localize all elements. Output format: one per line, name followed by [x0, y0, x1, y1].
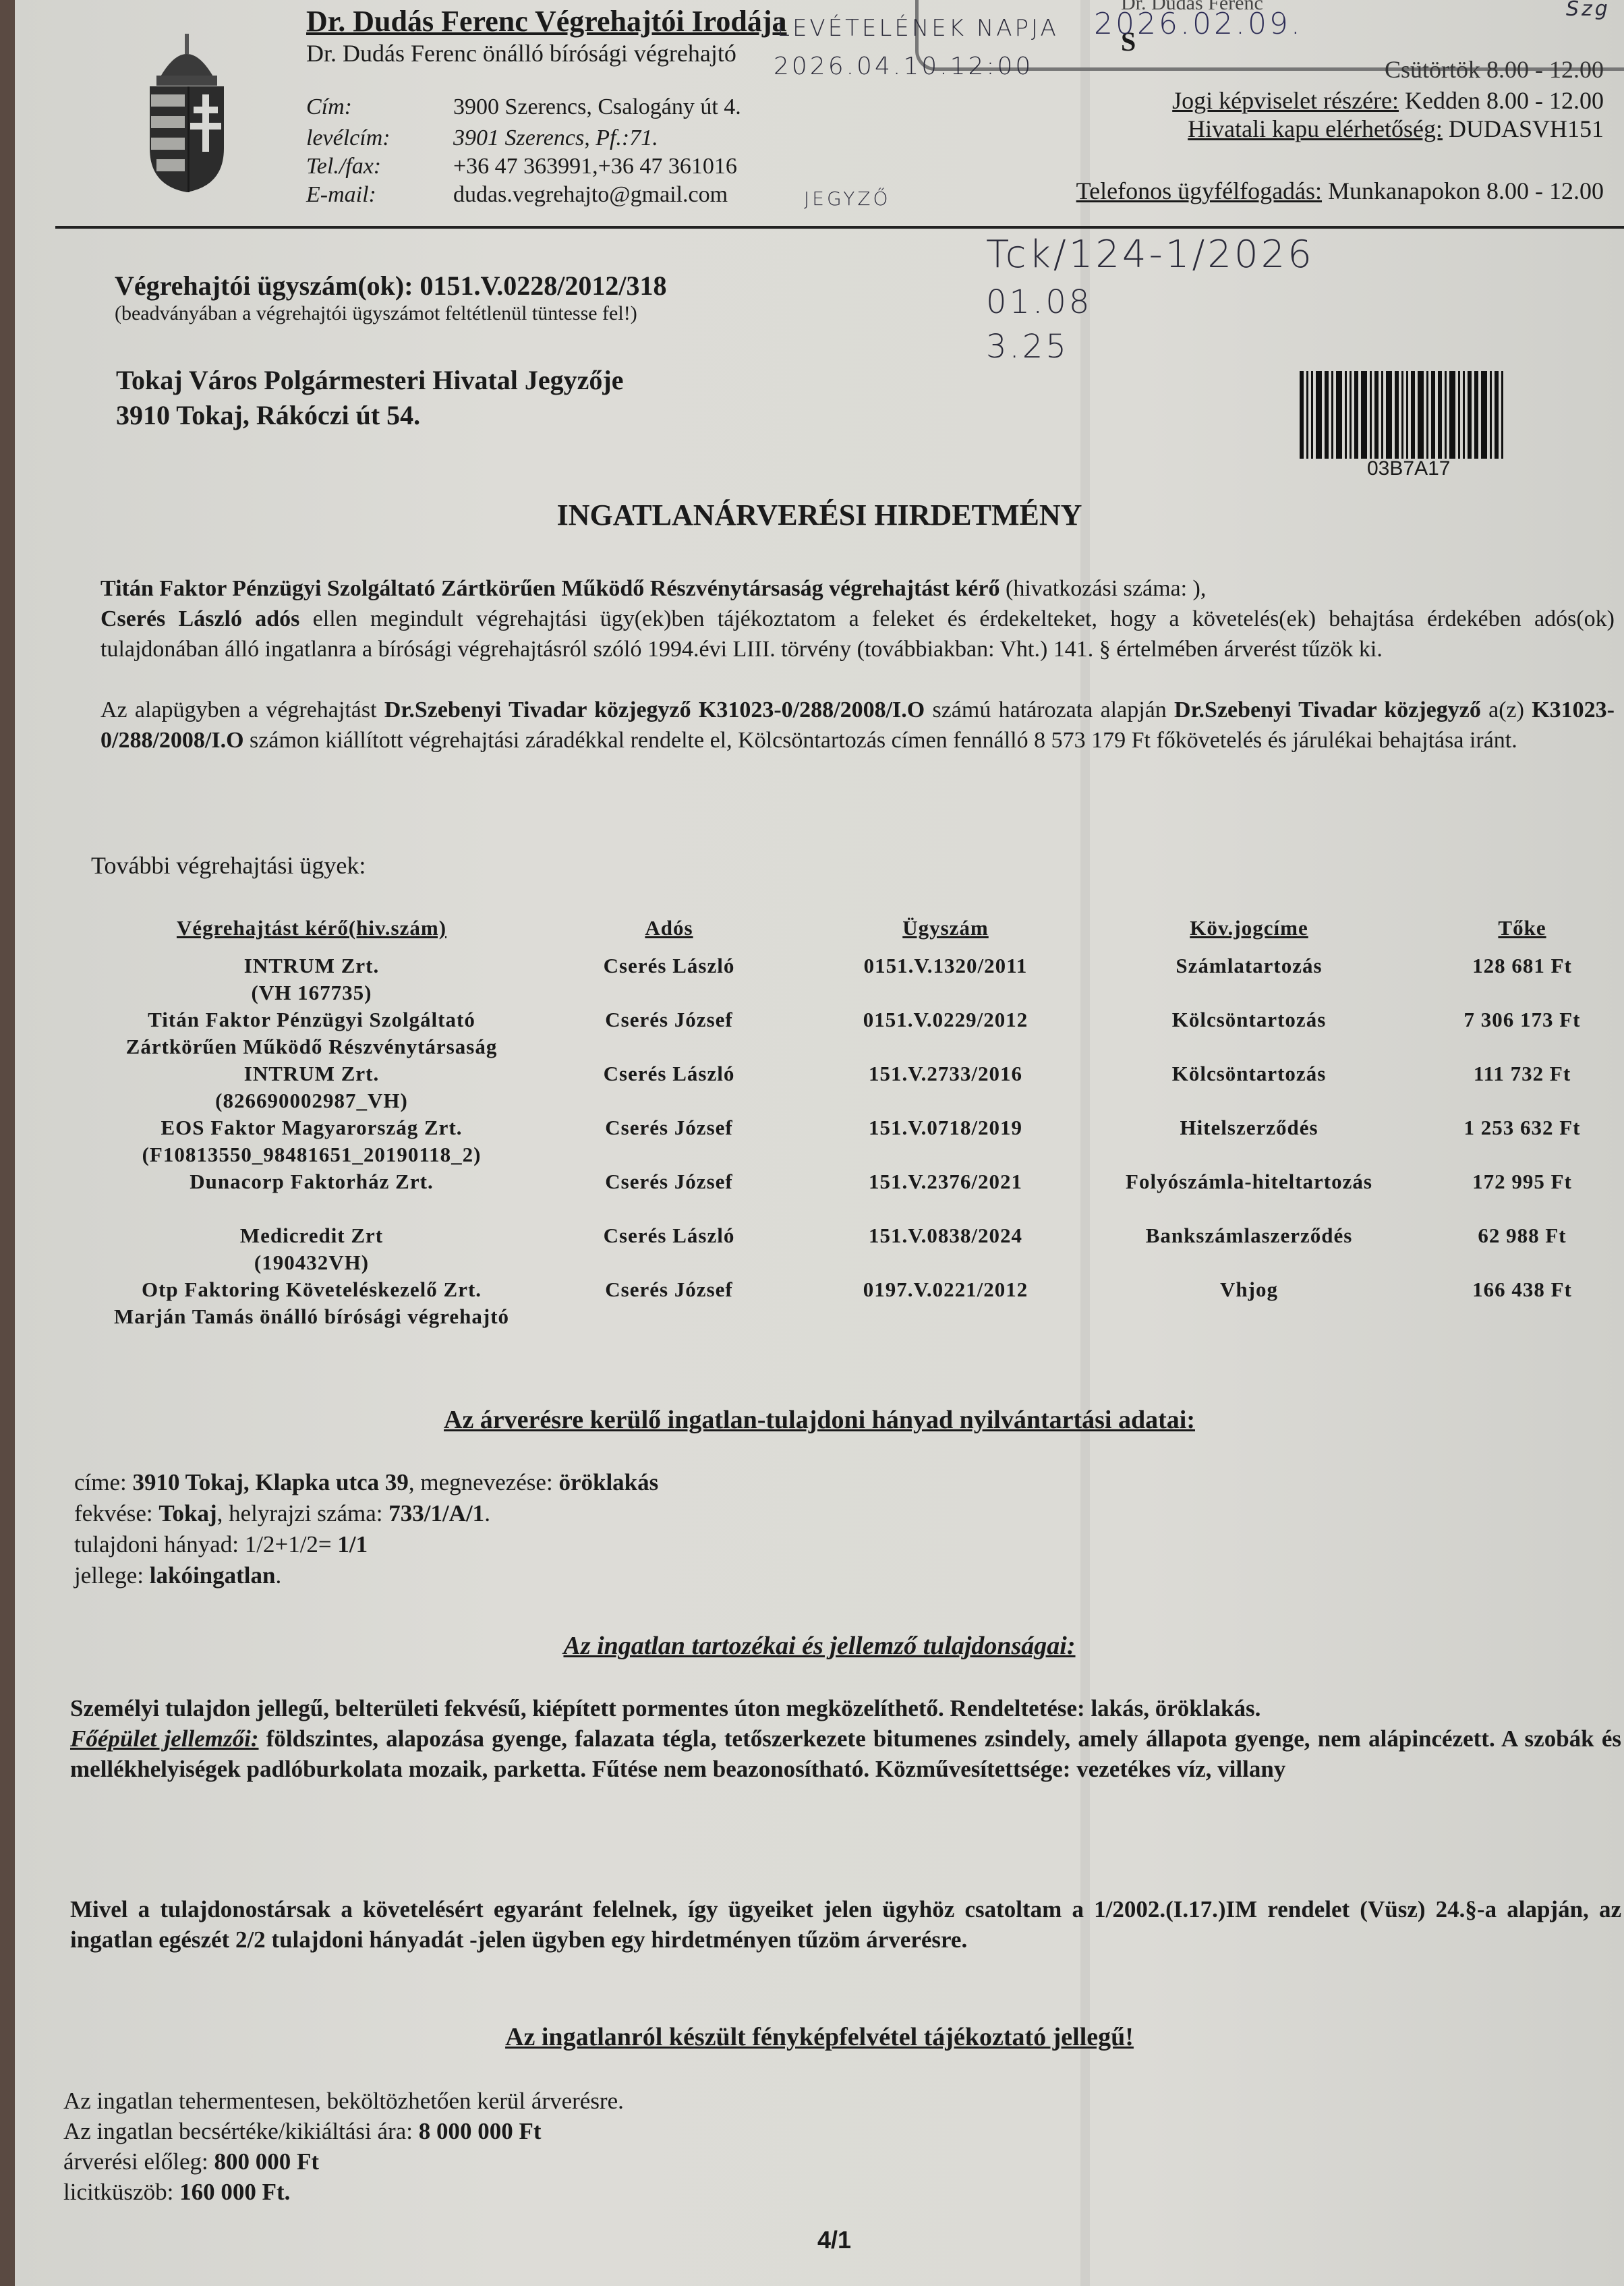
- cell-caseno: 151.V.0718/2019: [811, 1114, 1080, 1168]
- cell-creditor: EOS Faktor Magyarország Zrt.(F10813550_9…: [96, 1114, 527, 1168]
- property-name: öröklakás: [558, 1469, 658, 1495]
- cell-creditor: Dunacorp Faktorház Zrt.: [96, 1168, 527, 1222]
- table-row: INTRUM Zrt.(VH 167735)Cserés László0151.…: [96, 952, 1624, 1006]
- barcode-bar: [1426, 371, 1428, 459]
- cell-caseno: 0197.V.0221/2012: [811, 1276, 1080, 1330]
- cell-debtor-text: Cserés László: [527, 1222, 811, 1249]
- property-heading-text: Az árverésre kerülő ingatlan-tulajdoni h…: [444, 1406, 1195, 1434]
- location-label: fekvése:: [74, 1500, 158, 1526]
- cell-amount-text: 111 732 Ft: [1418, 1060, 1624, 1087]
- property-type-line: jellege: lakóingatlan.: [74, 1562, 281, 1589]
- barcode-bar: [1300, 371, 1304, 459]
- cell-legal-text: Hitelszerződés: [1080, 1114, 1418, 1141]
- cell-caseno: 151.V.2733/2016: [811, 1060, 1080, 1114]
- document-title: INGATLANÁRVERÉSI HIRDETMÉNY: [15, 498, 1624, 532]
- property-location: Tokaj: [158, 1500, 216, 1526]
- cell-legal: Hitelszerződés: [1080, 1114, 1418, 1168]
- auction-deposit: 800 000 Ft: [214, 2148, 320, 2175]
- photo-note: Az ingatlanról készült fényképfelvétel t…: [15, 2022, 1624, 2052]
- cell-legal: Kölcsöntartozás: [1080, 1006, 1418, 1060]
- handwritten-pickup-date: 2026.02.09.: [1094, 7, 1303, 41]
- basis-notary-2: Dr.Szebenyi Tivadar közjegyző: [1174, 697, 1481, 722]
- barcode-bar: [1501, 371, 1503, 459]
- barcode-bar: [1438, 371, 1442, 459]
- cell-legal-text: Kölcsöntartozás: [1080, 1060, 1418, 1087]
- deposit-label: árverési előleg:: [63, 2148, 214, 2175]
- basis-mid-2: a(z): [1481, 697, 1532, 722]
- main-building-text: földszintes, alapozása gyenge, falazata …: [70, 1725, 1621, 1782]
- cell-creditor-ref: (826690002987_VH): [96, 1087, 527, 1114]
- cell-legal-text: Folyószámla-hiteltartozás: [1080, 1168, 1418, 1195]
- cell-debtor: Cserés László: [527, 952, 811, 1006]
- case-number-note: (beadványában a végrehajtói ügyszámot fe…: [115, 302, 637, 325]
- cell-amount: 7 306 173 Ft: [1418, 1006, 1624, 1060]
- recipient-name: Tokaj Város Polgármesteri Hivatal Jegyző…: [116, 364, 623, 396]
- cell-creditor-ref: (F10813550_98481651_20190118_2): [96, 1141, 527, 1168]
- portal-label: Hivatali kapu elérhetőség:: [1188, 115, 1443, 142]
- price-label: Az ingatlan becsértéke/kikiáltási ára:: [63, 2118, 419, 2144]
- cell-creditor-text: Titán Faktor Pénzügyi Szolgáltató: [96, 1006, 527, 1033]
- barcode-bar: [1395, 371, 1399, 459]
- address-value: 3900 Szerencs, Csalogány út 4.: [453, 94, 741, 120]
- cell-amount: 166 438 Ft: [1418, 1276, 1624, 1330]
- barcode-bar: [1374, 371, 1379, 459]
- cell-creditor-ref: (190432VH): [96, 1249, 527, 1276]
- cell-creditor: INTRUM Zrt.(VH 167735): [96, 952, 527, 1006]
- email-value[interactable]: dudas.vegrehajto@gmail.com: [453, 182, 728, 208]
- auction-increment: 160 000 Ft.: [179, 2179, 290, 2205]
- lot-label: , helyrajzi száma:: [217, 1500, 389, 1526]
- auction-deposit-line: árverési előleg: 800 000 Ft: [63, 2148, 319, 2175]
- cell-legal-text: Vhjog: [1080, 1276, 1418, 1303]
- col-principal: Tőke: [1418, 916, 1624, 952]
- intro-creditor: Titán Faktor Pénzügyi Szolgáltató Zártkö…: [100, 576, 1000, 601]
- cell-legal-text: Kölcsöntartozás: [1080, 1006, 1418, 1033]
- features-line-1: Személyi tulajdon jellegű, belterületi f…: [70, 1695, 1260, 1721]
- barcode-bar: [1354, 371, 1358, 459]
- barcode-bar: [1449, 371, 1455, 459]
- basis-notary-1: Dr.Szebenyi Tivadar közjegyző K31023-0/2…: [384, 697, 925, 722]
- document-page: Dr. Dudás Ferenc Végrehajtói Irodája Dr.…: [15, 0, 1624, 2286]
- table-row: Medicredit Zrt(190432VH)Cserés László151…: [96, 1222, 1624, 1276]
- cell-creditor: Titán Faktor Pénzügyi SzolgáltatóZártkör…: [96, 1006, 527, 1060]
- share-label: tulajdoni hányad: 1/2+1/2=: [74, 1531, 337, 1558]
- cell-amount-text: 1 253 632 Ft: [1418, 1114, 1624, 1141]
- handwritten-date: 01.08: [986, 283, 1092, 321]
- cell-creditor-text: Dunacorp Faktorház Zrt.: [96, 1168, 527, 1195]
- portal-info: Hivatali kapu elérhetőség: DUDASVH151: [1188, 115, 1604, 143]
- header-divider: [55, 226, 1624, 229]
- case-number: Végrehajtói ügyszám(ok): 0151.V.0228/201…: [115, 270, 667, 302]
- property-lot: 733/1/A/1: [388, 1500, 484, 1526]
- cell-debtor-text: Cserés József: [527, 1114, 811, 1141]
- cell-creditor: Otp Faktoring Követeléskezelő Zrt.Marján…: [96, 1276, 527, 1330]
- phone-hours: Telefonos ügyfélfogadás: Munkanapokon 8.…: [1076, 177, 1604, 205]
- table-header-row: Végrehajtást kérő(hiv.szám) Adós Ügyszám…: [96, 916, 1624, 952]
- barcode-bar: [1350, 371, 1352, 459]
- property-address: 3910 Tokaj, Klapka utca 39: [133, 1469, 409, 1495]
- postal-label: levélcím:: [306, 125, 390, 151]
- cell-caseno-text: 0151.V.0229/2012: [811, 1006, 1080, 1033]
- col-legal-basis: Köv.jogcíme: [1080, 916, 1418, 952]
- cell-creditor-text: INTRUM Zrt.: [96, 1060, 527, 1087]
- main-building-label: Főépület jellemzői:: [70, 1725, 259, 1752]
- handwritten-posting-date: 2026.04.10.12:00: [774, 53, 1033, 80]
- barcode-bar: [1411, 371, 1415, 459]
- barcode-bar: [1336, 371, 1342, 459]
- cell-caseno-text: 151.V.0838/2024: [811, 1222, 1080, 1249]
- barcode-bar: [1386, 371, 1392, 459]
- handwritten-signature: Szg: [1566, 0, 1611, 21]
- cell-caseno-text: 151.V.0718/2019: [811, 1114, 1080, 1141]
- property-share: 1/1: [337, 1531, 368, 1558]
- portal-value: DUDASVH151: [1449, 115, 1604, 142]
- other-cases-table: Végrehajtást kérő(hiv.szám) Adós Ügyszám…: [96, 916, 1624, 1330]
- table-row: Otp Faktoring Követeléskezelő Zrt.Marján…: [96, 1276, 1624, 1330]
- cell-creditor-text: Medicredit Zrt: [96, 1222, 527, 1249]
- barcode-bar: [1468, 371, 1472, 459]
- intro-body: ellen megindult végrehajtási ügy(ek)ben …: [100, 606, 1615, 662]
- table-row: Titán Faktor Pénzügyi SzolgáltatóZártkör…: [96, 1006, 1624, 1060]
- cell-debtor-text: Cserés József: [527, 1006, 811, 1033]
- cell-caseno-text: 0151.V.1320/2011: [811, 952, 1080, 979]
- cell-debtor: Cserés József: [527, 1276, 811, 1330]
- legal-hours-label: Jogi képviselet részére:: [1172, 87, 1399, 114]
- cell-debtor: Cserés László: [527, 1060, 811, 1114]
- features-paragraph: Személyi tulajdon jellegű, belterületi f…: [70, 1693, 1621, 1784]
- handwritten-note: 3.25: [986, 328, 1069, 366]
- features-heading-text: Az ingatlan tartozékai és jellemző tulaj…: [563, 1632, 1075, 1660]
- email-label: E-mail:: [306, 182, 376, 208]
- phone-value: +36 47 363991,+36 47 361016: [453, 154, 737, 179]
- cell-amount: 1 253 632 Ft: [1418, 1114, 1624, 1168]
- col-case-number: Ügyszám: [811, 916, 1080, 952]
- auction-price: 8 000 000 Ft: [419, 2118, 542, 2144]
- barcode-bar: [1495, 371, 1499, 459]
- basis-pre: Az alapügyben a végrehajtást: [100, 697, 384, 722]
- office-title: Dr. Dudás Ferenc Végrehajtói Irodája: [306, 4, 787, 38]
- features-heading: Az ingatlan tartozékai és jellemző tulaj…: [15, 1631, 1624, 1661]
- barcode-bar: [1381, 371, 1383, 459]
- barcode-bar: [1474, 371, 1478, 459]
- col-creditor: Végrehajtást kérő(hiv.szám): [96, 916, 527, 952]
- type-label: jellege:: [74, 1562, 150, 1589]
- cell-creditor-ref: Marján Tamás önálló bírósági végrehajtó: [96, 1303, 527, 1330]
- col-debtor: Adós: [527, 916, 811, 952]
- auction-increment-line: licitküszöb: 160 000 Ft.: [63, 2179, 290, 2206]
- intro-paragraph: Titán Faktor Pénzügyi Szolgáltató Zártkö…: [100, 573, 1615, 664]
- thursday-hours: Csütörtök 8.00 - 12.00: [1385, 55, 1604, 84]
- office-subtitle: Dr. Dudás Ferenc önálló bírósági végreha…: [306, 39, 736, 67]
- property-location-line: fekvése: Tokaj, helyrajzi száma: 733/1/A…: [74, 1500, 490, 1527]
- intro-creditor-ref: (hivatkozási száma: ),: [1000, 576, 1207, 601]
- basis-paragraph: Az alapügyben a végrehajtást Dr.Szebenyi…: [100, 695, 1615, 755]
- address-label: címe:: [74, 1469, 133, 1495]
- photo-note-text: Az ingatlanról készült fényképfelvétel t…: [505, 2023, 1134, 2051]
- cell-amount: 128 681 Ft: [1418, 952, 1624, 1006]
- cell-amount: 172 995 Ft: [1418, 1168, 1624, 1222]
- barcode-bar: [1306, 371, 1308, 459]
- cell-legal: Kölcsöntartozás: [1080, 1060, 1418, 1114]
- barcode-bar: [1490, 371, 1492, 459]
- other-cases-heading: További végrehajtási ügyek:: [91, 851, 366, 880]
- cell-caseno: 151.V.2376/2021: [811, 1168, 1080, 1222]
- table-row: INTRUM Zrt.(826690002987_VH)Cserés Lászl…: [96, 1060, 1624, 1114]
- table-row: Dunacorp Faktorház Zrt.Cserés József151.…: [96, 1168, 1624, 1222]
- cell-amount-text: 166 438 Ft: [1418, 1276, 1624, 1303]
- barcode-bar: [1311, 371, 1313, 459]
- handwritten-pickup-label: LEVÉTELÉNEK NAPJA: [777, 15, 1059, 42]
- handwritten-notary: JEGYZŐ: [804, 188, 891, 210]
- property-heading: Az árverésre kerülő ingatlan-tulajdoni h…: [15, 1405, 1624, 1435]
- cell-amount: 62 988 Ft: [1418, 1222, 1624, 1276]
- cell-debtor: Cserés László: [527, 1222, 811, 1276]
- cell-amount-text: 128 681 Ft: [1418, 952, 1624, 979]
- cell-amount-text: 7 306 173 Ft: [1418, 1006, 1624, 1033]
- cell-creditor-text: Otp Faktoring Követeléskezelő Zrt.: [96, 1276, 527, 1303]
- joint-owners-paragraph: Mivel a tulajdonostársak a követelésért …: [70, 1894, 1621, 1955]
- cell-legal-text: Számlatartozás: [1080, 952, 1418, 979]
- cell-creditor-text: INTRUM Zrt.: [96, 952, 527, 979]
- barcode-bar: [1406, 371, 1408, 459]
- case-number-value: 0151.V.0228/2012/318: [420, 270, 667, 301]
- cell-creditor-ref: Zártkörűen Működő Részvénytársaság: [96, 1033, 527, 1060]
- auction-status: Az ingatlan tehermentesen, beköltözhetőe…: [63, 2088, 624, 2115]
- cell-debtor: Cserés József: [527, 1168, 811, 1222]
- barcode-bar: [1361, 371, 1367, 459]
- barcode-bar: [1370, 371, 1372, 459]
- phone-label: Tel./fax:: [306, 154, 381, 179]
- cell-debtor-text: Cserés József: [527, 1276, 811, 1303]
- cell-caseno: 0151.V.0229/2012: [811, 1006, 1080, 1060]
- cell-legal: Számlatartozás: [1080, 952, 1418, 1006]
- cell-legal: Folyószámla-hiteltartozás: [1080, 1168, 1418, 1222]
- barcode-bar: [1418, 371, 1424, 459]
- cell-caseno-text: 151.V.2733/2016: [811, 1060, 1080, 1087]
- cell-creditor-text: EOS Faktor Magyarország Zrt.: [96, 1114, 527, 1141]
- coat-of-arms-icon: [136, 27, 237, 196]
- barcode-bar: [1331, 371, 1333, 459]
- handwritten-reg-number: Tck/124-1/2026: [986, 233, 1314, 277]
- cell-debtor-text: Cserés László: [527, 952, 811, 979]
- page-number: 4/1: [817, 2226, 851, 2254]
- basis-mid: számú határozata alapján: [925, 697, 1174, 722]
- cell-legal: Bankszámlaszerződés: [1080, 1222, 1418, 1276]
- cell-caseno-text: 0197.V.0221/2012: [811, 1276, 1080, 1303]
- name-label: , megnevezése:: [409, 1469, 559, 1495]
- cell-amount-text: 62 988 Ft: [1418, 1222, 1624, 1249]
- cell-amount-text: 172 995 Ft: [1418, 1168, 1624, 1195]
- auction-price-line: Az ingatlan becsértéke/kikiáltási ára: 8…: [63, 2118, 542, 2145]
- phone-hours-label: Telefonos ügyfélfogadás:: [1076, 177, 1322, 204]
- basis-post: számon kiállított végrehajtási záradékka…: [244, 728, 1517, 753]
- barcode-bar: [1431, 371, 1435, 459]
- address-label: Cím:: [306, 94, 352, 120]
- cell-creditor: Medicredit Zrt(190432VH): [96, 1222, 527, 1276]
- property-address-line: címe: 3910 Tokaj, Klapka utca 39, megnev…: [74, 1469, 658, 1496]
- barcode-bar: [1458, 371, 1460, 459]
- case-number-label: Végrehajtói ügyszám(ok):: [115, 270, 413, 301]
- cell-legal-text: Bankszámlaszerződés: [1080, 1222, 1418, 1249]
- property-type: lakóingatlan: [150, 1562, 276, 1589]
- barcode-bar: [1401, 371, 1403, 459]
- cell-caseno: 0151.V.1320/2011: [811, 952, 1080, 1006]
- cell-debtor-text: Cserés József: [527, 1168, 811, 1195]
- postal-value: 3901 Szerencs, Pf.:71.: [453, 125, 658, 151]
- barcode-bar: [1481, 371, 1487, 459]
- legal-hours-value: Kedden 8.00 - 12.00: [1405, 87, 1604, 114]
- cell-caseno: 151.V.0838/2024: [811, 1222, 1080, 1276]
- cell-creditor-ref: (VH 167735): [96, 979, 527, 1006]
- cell-legal: Vhjog: [1080, 1276, 1418, 1330]
- barcode-bar: [1445, 371, 1447, 459]
- cell-debtor: Cserés József: [527, 1114, 811, 1168]
- barcode-bar: [1325, 371, 1329, 459]
- barcode: [1300, 371, 1536, 459]
- table-row: EOS Faktor Magyarország Zrt.(F10813550_9…: [96, 1114, 1624, 1168]
- cell-debtor-text: Cserés László: [527, 1060, 811, 1087]
- barcode-bar: [1316, 371, 1322, 459]
- legal-hours: Jogi képviselet részére: Kedden 8.00 - 1…: [1172, 86, 1604, 115]
- barcode-bar: [1463, 371, 1465, 459]
- cell-caseno-text: 151.V.2376/2021: [811, 1168, 1080, 1195]
- recipient-address: 3910 Tokaj, Rákóczi út 54.: [116, 399, 420, 431]
- barcode-code: 03B7A17: [1367, 457, 1450, 480]
- phone-hours-value: Munkanapokon 8.00 - 12.00: [1328, 177, 1604, 204]
- property-share-line: tulajdoni hányad: 1/2+1/2= 1/1: [74, 1531, 368, 1558]
- cell-amount: 111 732 Ft: [1418, 1060, 1624, 1114]
- cell-debtor: Cserés József: [527, 1006, 811, 1060]
- intro-debtor: Cserés László adós: [100, 606, 299, 631]
- increment-label: licitküszöb:: [63, 2179, 179, 2205]
- barcode-bar: [1345, 371, 1347, 459]
- cell-creditor: INTRUM Zrt.(826690002987_VH): [96, 1060, 527, 1114]
